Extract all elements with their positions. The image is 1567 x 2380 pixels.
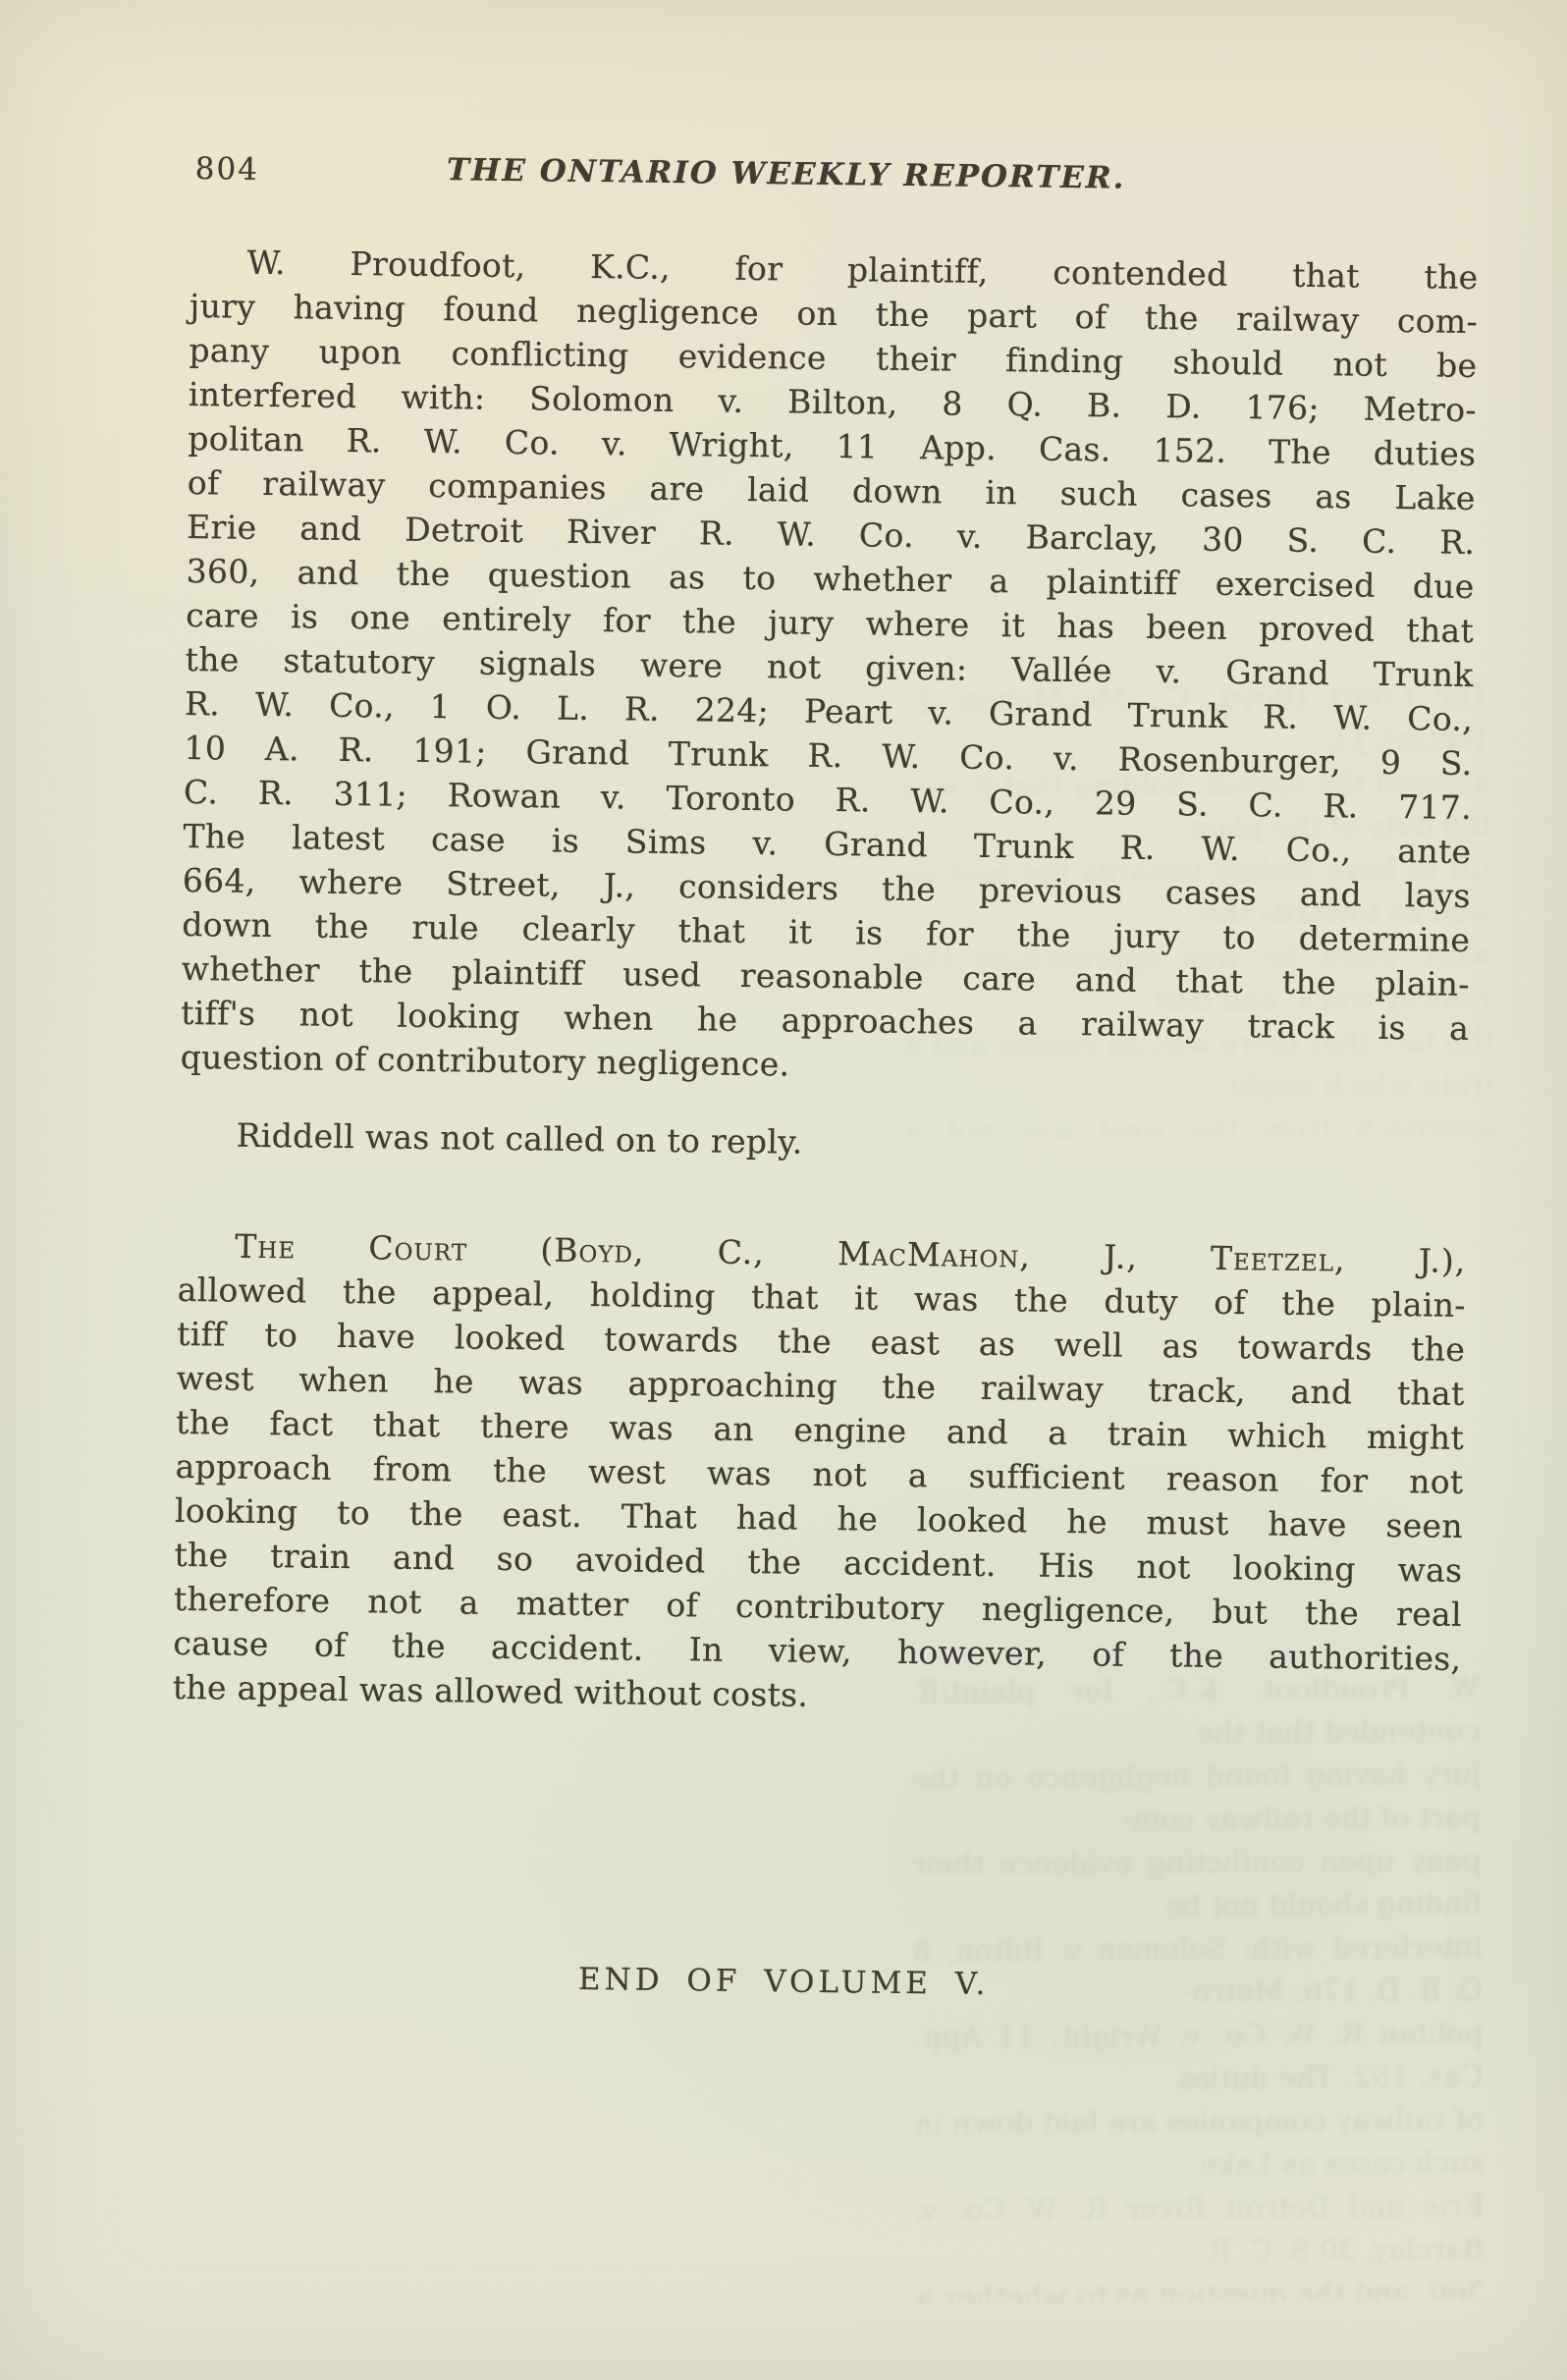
page-number: 804 (195, 151, 260, 188)
page-content: 804 THE ONTARIO WEEKLY REPORTER. W. Prou… (169, 149, 1480, 2008)
scanned-book-page: The Court (Boyd, C., MacMahon, J., Teetz… (0, 0, 1567, 2380)
paragraph-riddell: Riddell was not called on to reply. (179, 1112, 1467, 1172)
text-line: Riddell was not called on to reply. (179, 1112, 1467, 1172)
page-header: 804 THE ONTARIO WEEKLY REPORTER. (190, 149, 1479, 210)
paragraph-court-judgment: The Court (Boyd, C., MacMahon, J., Teetz… (173, 1223, 1467, 1725)
paragraph-plaintiff-argument: W. Proudfoot, K.C., for plaintiff, conte… (180, 240, 1478, 1095)
end-of-volume-note: END OF VOLUME V. (169, 1957, 1457, 2008)
running-title: THE ONTARIO WEEKLY REPORTER. (191, 149, 1480, 200)
